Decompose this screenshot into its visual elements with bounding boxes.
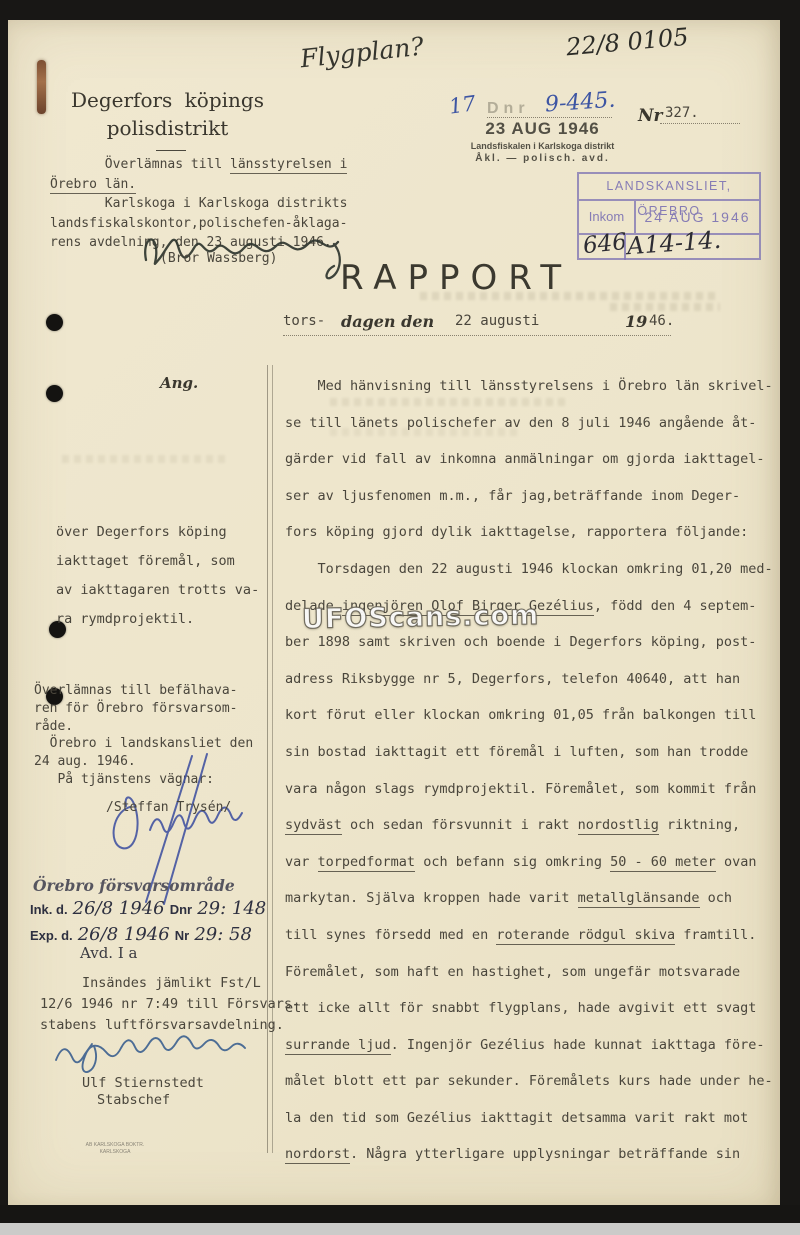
scanned-document-screenshot: { "page": { "handwritten_top_left": "Fly…	[0, 0, 800, 1235]
printer-mark-line2: KARLSKOGA	[60, 1149, 170, 1155]
exp-label: Exp. d.	[30, 928, 73, 943]
ink-label: Ink. d.	[30, 902, 68, 917]
subject-block: över Degerfors köpingiakttaget föremål, …	[56, 518, 259, 634]
report-title: RAPPORT	[340, 258, 572, 298]
printer-mark-line1: AB KARLSKOGA BOKTR.	[60, 1142, 170, 1148]
landskansliet-handwritten-ref: A14-14.	[626, 226, 722, 260]
date-line-day-typed: tors-	[283, 313, 325, 329]
scan-bottom-border	[0, 1205, 800, 1223]
trysen-signature-typed: /Steffan Trysén/	[106, 800, 231, 815]
watermark: UFOScans.com	[302, 600, 540, 635]
insandes-line2: 12/6 1946 nr 7:49 till Försvars-	[40, 996, 300, 1012]
avd-line: Avd. I a	[80, 944, 137, 962]
date-line-printed-label: dagen den	[341, 312, 434, 331]
scan-bottom-strip	[0, 1223, 800, 1235]
forsvarsomrade-ink-line: Ink. d. 26/8 1946 Dnr 29: 148	[30, 898, 266, 919]
report-body: Med hänvisning till länsstyrelsens i Öre…	[285, 368, 773, 1173]
letterhead-divider	[156, 150, 186, 151]
ang-label: Ang.	[160, 374, 198, 392]
stiernstedt-title-typed: Stabschef	[97, 1092, 170, 1108]
landskansliet-inkom-label: Inkom	[579, 201, 636, 233]
forsvarsomrade-title: Örebro försvarsområde	[33, 876, 235, 895]
dnr-dotted-line	[487, 100, 612, 118]
punch-hole	[46, 385, 63, 402]
ink-value: 26/8 1946	[73, 898, 165, 919]
stiernstedt-name-typed: Ulf Stiernstedt	[82, 1075, 204, 1091]
date-line-year-typed: 46.	[649, 313, 674, 329]
dnr-value: 29: 148	[197, 898, 266, 919]
punch-hole	[46, 314, 63, 331]
landskansliet-handwritten-number: 646	[582, 229, 628, 259]
date-line-date-typed: 22 augusti	[455, 313, 539, 329]
insandes-line3: stabens luftförsvarsavdelning.	[40, 1017, 284, 1033]
landskansliet-stamp-title: LANDSKANSLIET, ÖREBRO	[579, 174, 759, 201]
letterhead-line2: polisdistrikt	[60, 116, 275, 140]
date-line-year-printed: 19	[625, 312, 647, 331]
landskansliet-stamp: LANDSKANSLIET, ÖREBRO Inkom 24 AUG 1946 …	[577, 172, 761, 260]
nr-reg-value: 29: 58	[194, 924, 252, 945]
forsvarsomrade-exp-line: Exp. d. 26/8 1946 Nr 29: 58	[30, 924, 252, 945]
bleed-through-smudge	[62, 455, 227, 463]
exp-value: 26/8 1946	[78, 924, 170, 945]
staple-mark	[37, 60, 46, 114]
wassberg-signature-typed: (Bror Wassberg)	[160, 251, 277, 266]
dnr-label: Dnr	[170, 902, 192, 917]
nr-label: Nr	[638, 106, 663, 126]
date-line: tors- dagen den 22 augusti 19 46.	[283, 310, 671, 336]
karlskoga-stamp-office: Landsfiskalen i Karlskoga distrikt	[460, 141, 625, 151]
insandes-line1: Insändes jämlikt Fst/L	[82, 975, 261, 991]
karlskoga-stamp-dept: Åkl. — polisch. avd.	[470, 153, 615, 164]
dnr-handwritten-prefix: 17	[447, 91, 477, 118]
letterhead-line1: Degerfors köpings	[60, 88, 275, 112]
nr-dotted-line	[660, 107, 740, 124]
nr-reg-label: Nr	[175, 928, 189, 943]
karlskoga-stamp-date: 23 AUG 1946	[470, 119, 615, 139]
